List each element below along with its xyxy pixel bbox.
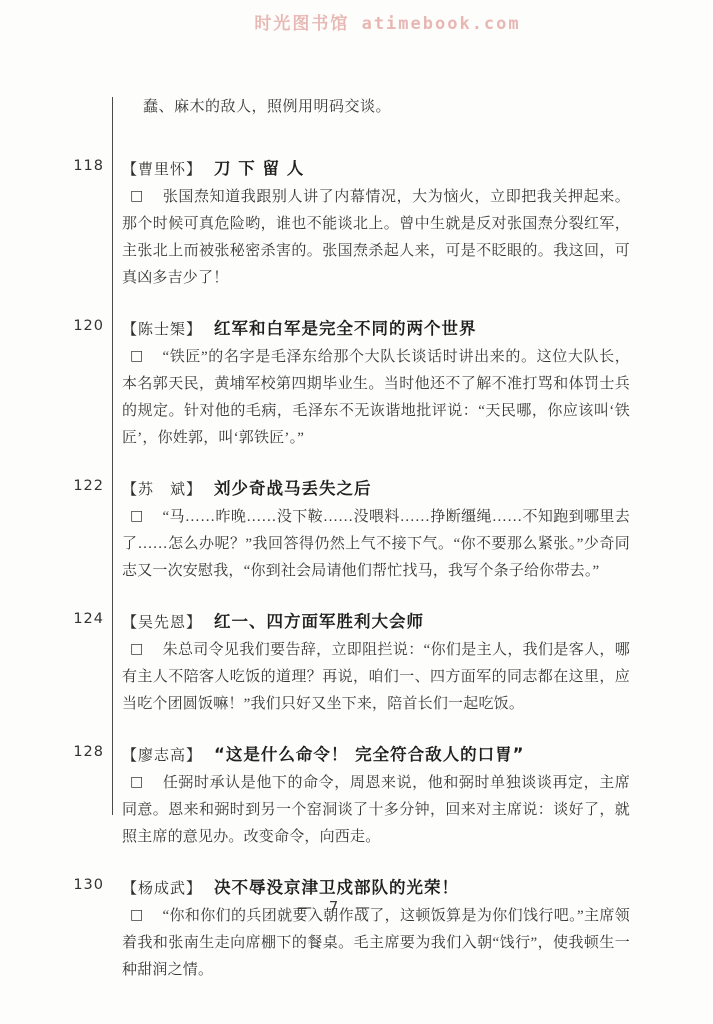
entry-excerpt-text: “马……昨晚……没下鞍……没喂料……挣断缰绳……不知跑到哪里去了……怎么办呢？”… <box>122 509 630 579</box>
watermark-header: 时光图书馆 atimebook.com <box>0 0 713 34</box>
footer-page-number: — 7 — <box>0 898 673 916</box>
page-scan: 时光图书馆 atimebook.com 蠢、麻木的敌人，照例用明码交谈。 118… <box>0 0 713 984</box>
entry-heading: 【苏 斌】刘少奇战马丢失之后 <box>122 475 630 504</box>
continuation-paragraph: 蠢、麻木的敌人，照例用明码交谈。 <box>122 94 630 121</box>
entry-excerpt-text: 任弼时承认是他下的命令，周恩来说，他和弼时单独谈谈再定，主席同意。恩来和弼时到另… <box>122 775 630 845</box>
entry-title: 红一、四方面军胜利大会师 <box>214 612 424 631</box>
entry-title: “这是什么命令！ 完全符合敌人的口胃” <box>214 745 524 764</box>
content-column: 蠢、麻木的敌人，照例用明码交谈。 118 【曹里怀】刀 下 留 人 □张国焘知道… <box>122 94 630 984</box>
entry-title: 刀 下 留 人 <box>214 159 304 178</box>
entry-page-number: 120 <box>62 318 104 334</box>
entry-author: 【吴先恩】 <box>122 615 202 631</box>
entry-excerpt-text: 朱总司令见我们要告辞，立即阻拦说：“你们是主人，我们是客人，哪有主人不陪客人吃饭… <box>122 642 630 712</box>
toc-entry: 122 【苏 斌】刘少奇战马丢失之后 □“马……昨晚……没下鞍……没喂料……挣断… <box>122 475 630 585</box>
toc-entry: 120 【陈士榘】红军和白军是完全不同的两个世界 □“铁匠”的名字是毛泽东给那个… <box>122 315 630 452</box>
entry-page-number: 122 <box>62 478 104 494</box>
entry-heading: 【吴先恩】红一、四方面军胜利大会师 <box>122 608 630 637</box>
entry-page-number: 130 <box>62 877 104 893</box>
square-bullet-icon: □ <box>126 769 143 796</box>
toc-entry: 130 【杨成武】决不辱没京津卫戍部队的光荣！ □“你和你们的兵团就要入朝作战了… <box>122 874 630 984</box>
entry-excerpt-text: “铁匠”的名字是毛泽东给那个大队长谈话时讲出来的。这位大队长，本名郭天民，黄埔军… <box>122 349 630 446</box>
entry-excerpt-text: “你和你们的兵团就要入朝作战了，这顿饭算是为你们饯行吧。”主席领着我和张南生走向… <box>122 908 630 978</box>
entry-page-number: 124 <box>62 611 104 627</box>
entry-author: 【杨成武】 <box>122 881 202 897</box>
entry-heading: 【陈士榘】红军和白军是完全不同的两个世界 <box>122 315 630 344</box>
entry-excerpt: □张国焘知道我跟别人讲了内幕情况，大为恼火，立即把我关押起来。那个时候可真危险哟… <box>122 184 630 292</box>
entry-excerpt: □任弼时承认是他下的命令，周恩来说，他和弼时单独谈谈再定，主席同意。恩来和弼时到… <box>122 770 630 851</box>
left-rule-line <box>112 97 113 815</box>
entry-excerpt-text: 张国焘知道我跟别人讲了内幕情况，大为恼火，立即把我关押起来。那个时候可真危险哟，… <box>122 189 630 286</box>
entry-excerpt: □“铁匠”的名字是毛泽东给那个大队长谈话时讲出来的。这位大队长，本名郭天民，黄埔… <box>122 344 630 452</box>
entry-author: 【陈士榘】 <box>122 322 202 338</box>
toc-entry: 124 【吴先恩】红一、四方面军胜利大会师 □朱总司令见我们要告辞，立即阻拦说：… <box>122 608 630 718</box>
square-bullet-icon: □ <box>126 503 143 530</box>
entry-excerpt: □“马……昨晚……没下鞍……没喂料……挣断缰绳……不知跑到哪里去了……怎么办呢？… <box>122 504 630 585</box>
entry-title: 红军和白军是完全不同的两个世界 <box>214 319 477 338</box>
toc-entry: 118 【曹里怀】刀 下 留 人 □张国焘知道我跟别人讲了内幕情况，大为恼火，立… <box>122 155 630 292</box>
entry-author: 【苏 斌】 <box>122 482 202 498</box>
square-bullet-icon: □ <box>126 343 143 370</box>
square-bullet-icon: □ <box>126 183 143 210</box>
toc-entry: 128 【廖志高】“这是什么命令！ 完全符合敌人的口胃” □任弼时承认是他下的命… <box>122 741 630 851</box>
entry-author: 【廖志高】 <box>122 748 202 764</box>
entry-heading: 【曹里怀】刀 下 留 人 <box>122 155 630 184</box>
entry-page-number: 128 <box>62 744 104 760</box>
entry-author: 【曹里怀】 <box>122 162 202 178</box>
entry-title: 决不辱没京津卫戍部队的光荣！ <box>214 878 459 897</box>
square-bullet-icon: □ <box>126 636 143 663</box>
entry-excerpt: □朱总司令见我们要告辞，立即阻拦说：“你们是主人，我们是客人，哪有主人不陪客人吃… <box>122 637 630 718</box>
entry-page-number: 118 <box>62 158 104 174</box>
entry-heading: 【廖志高】“这是什么命令！ 完全符合敌人的口胃” <box>122 741 630 770</box>
entry-title: 刘少奇战马丢失之后 <box>214 479 372 498</box>
